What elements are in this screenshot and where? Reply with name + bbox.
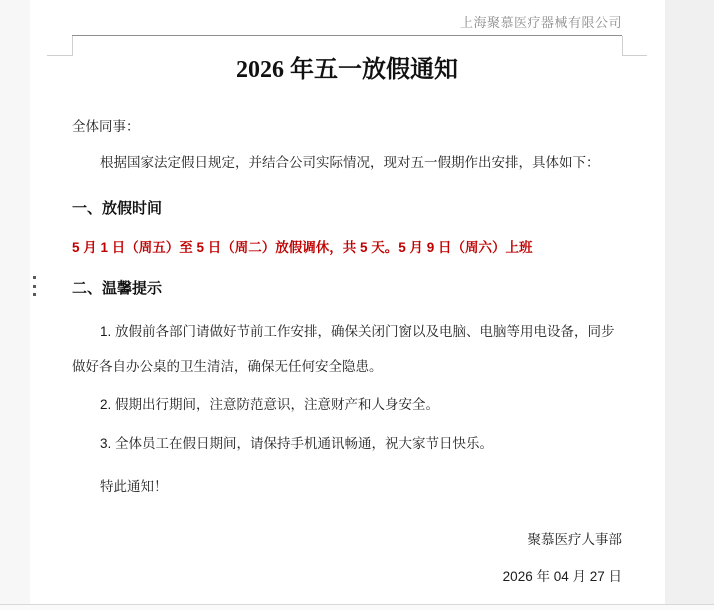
signature-department: 聚慕医疗人事部 <box>72 530 622 550</box>
tip-item-1: 1. 放假前各部门请做好节前工作安排，确保关闭门窗以及电脑、电脑等用电设备，同步… <box>72 314 630 384</box>
holiday-dates-highlight: 5 月 1 日（周五）至 5 日（周二）放假调休，共 5 天。5 月 9 日（周… <box>72 238 630 258</box>
tip-item-2: 2. 假期出行期间，注意防范意识，注意财产和人身安全。 <box>72 395 630 415</box>
section2-heading: 二、温馨提示 <box>72 278 630 301</box>
intro-paragraph: 根据国家法定假日规定，并结合公司实际情况，现对五一假期作出安排，具体如下： <box>72 153 630 173</box>
section1-heading: 一、放假时间 <box>72 198 630 221</box>
closing-line: 特此通知！ <box>72 477 630 497</box>
header-company-name: 上海聚慕医疗器械有限公司 <box>300 12 622 31</box>
text-boundary-mark-top-left-v <box>72 36 73 56</box>
text-boundary-mark-top-left-h <box>47 55 72 56</box>
page-bottom-edge <box>0 604 714 610</box>
salutation: 全体同事： <box>72 117 630 137</box>
page-margin-left <box>0 0 30 604</box>
notice-date: 2026 年 04 月 27 日 <box>72 567 622 587</box>
document-viewport: 上海聚慕医疗器械有限公司 2026 年五一放假通知 全体同事： 根据国家法定假日… <box>0 0 714 610</box>
tip-item-3: 3. 全体员工在假日期间，请保持手机通讯畅通，祝大家节日快乐。 <box>72 434 630 454</box>
header-underline <box>72 35 622 36</box>
page-margin-right <box>665 0 714 604</box>
text-boundary-mark-top-right-v <box>622 36 623 56</box>
text-boundary-mark-top-right-h <box>622 55 647 56</box>
vertical-ellipsis-icon[interactable] <box>33 276 37 296</box>
notice-title: 2026 年五一放假通知 <box>72 54 622 88</box>
